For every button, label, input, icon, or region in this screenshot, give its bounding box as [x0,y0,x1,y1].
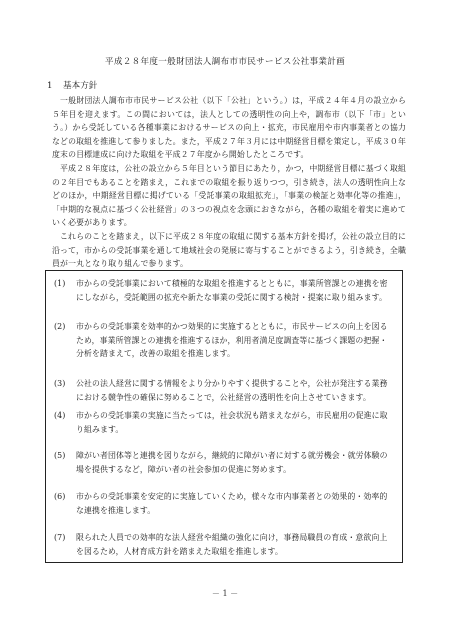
policy-marker: (4) [54,409,65,423]
policy-text: 限られた人員での効率的な法人経営や組織の強化に向け，事務局職員の育成・意欲向上を… [54,531,392,558]
policy-item-4: (4) 市からの受託事業の実施に当たっては，社会状況も踏まえながら，市民雇用の促… [54,409,392,436]
section-number: 1 [47,80,63,92]
policy-text: 障がい者団体等と連携を図りながら，継続的に障がい者に対する就労機会・就労体験の場… [54,449,392,476]
policy-marker: (6) [54,490,65,504]
section-heading-text: 基本方針 [63,81,97,91]
paragraph-3: これらのことを踏まえ，以下に平成２８年度の取組に関する基本方針を掲げ，公社の設立… [52,230,406,271]
policy-item-3: (3) 公社の法人経営に関する情報をより分かりやすく提供することや，公社が発注す… [54,377,392,404]
policy-item-7: (7) 限られた人員での効率的な法人経営や組織の強化に向け，事務局職員の育成・意… [54,531,392,558]
body-paragraphs: 一般財団法人調布市市民サービス公社（以下「公社」という。）は，平成２４年４月の設… [52,94,406,271]
policy-marker: (5) [54,449,65,463]
policy-marker: (3) [54,377,65,391]
paragraph-2: 平成２８年度は，公社の設立から５年目という節目にあたり，かつ，中期経営目標に基づ… [52,162,406,230]
paragraph-1: 一般財団法人調布市市民サービス公社（以下「公社」という。）は，平成２４年４月の設… [52,94,406,162]
policy-text: 市からの受託事業において積極的な取組を推進するとともに，事業所管課との連携を密に… [54,277,392,304]
policy-item-2: (2) 市からの受託事業を効率的かつ効果的に実施するとともに，市民サービスの向上… [54,320,392,361]
section-heading: 1基本方針 [47,80,97,92]
policy-text: 公社の法人経営に関する情報をより分かりやすく提供することや，公社が発注する業務に… [54,377,392,404]
policy-item-5: (5) 障がい者団体等と連携を図りながら，継続的に障がい者に対する就労機会・就労… [54,449,392,476]
policy-item-6: (6) 市からの受託事業を安定的に実施していくため，様々な市内事業者との効果的・… [54,490,392,517]
policy-text: 市からの受託事業の実施に当たっては，社会状況も踏まえながら，市民雇用の促進に取り… [54,409,392,436]
policy-text: 市からの受託事業を安定的に実施していくため，様々な市内事業者との効果的・効率的な… [54,490,392,517]
policy-marker: (7) [54,531,65,545]
policy-text: 市からの受託事業を効率的かつ効果的に実施するとともに，市民サービスの向上を図るた… [54,320,392,361]
document-title: 平成２８年度一般財団法人調布市市民サービス公社事業計画 [0,56,450,68]
page-number: － 1 － [0,588,450,599]
policy-box: (1) 市からの受託事業において積極的な取組を推進するとともに，事業所管課との連… [45,270,403,563]
policy-item-1: (1) 市からの受託事業において積極的な取組を推進するとともに，事業所管課との連… [54,277,392,304]
policy-marker: (1) [54,277,65,291]
policy-marker: (2) [54,320,65,334]
document-page: 平成２８年度一般財団法人調布市市民サービス公社事業計画 1基本方針 一般財団法人… [0,0,450,638]
